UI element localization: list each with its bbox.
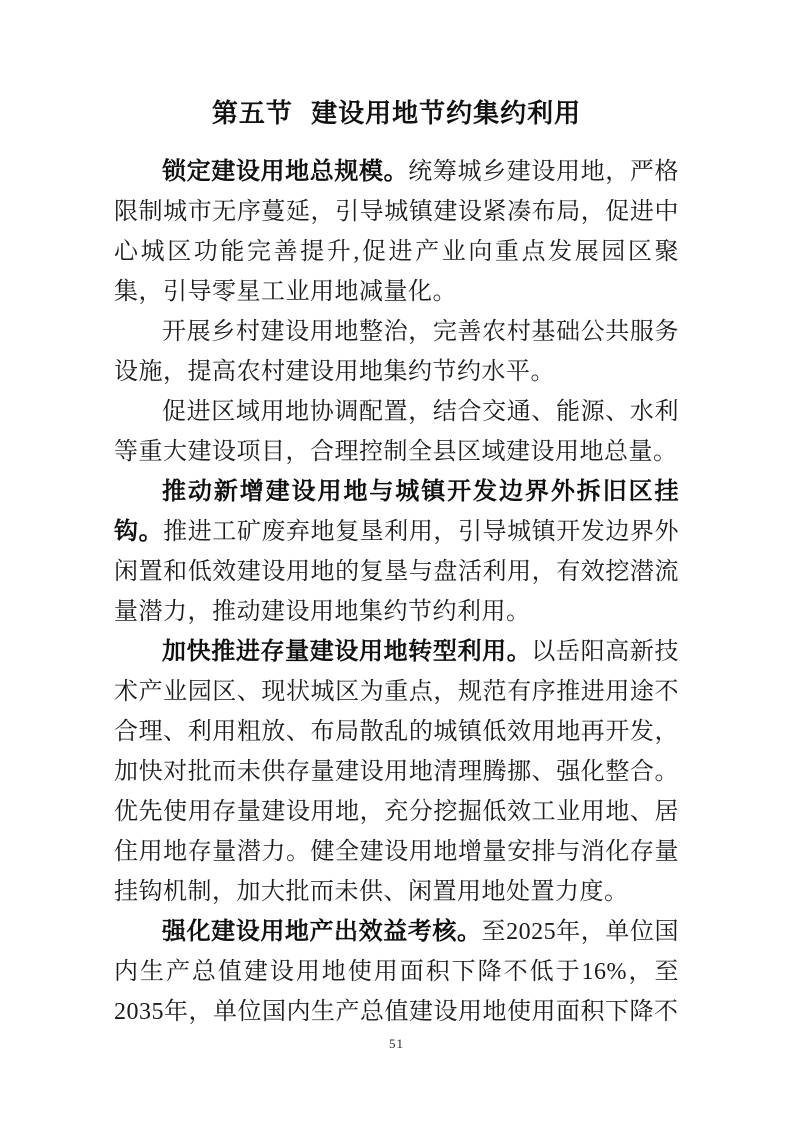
- page-content: 第五节 建设用地节约集约利用 锁定建设用地总规模。统筹城乡建设用地，严格限制城市…: [114, 95, 679, 1032]
- paragraph: 加快推进存量建设用地转型利用。以岳阳高新技术产业园区、现状城区为重点，规范有序推…: [114, 632, 679, 912]
- paragraph: 锁定建设用地总规模。统筹城乡建设用地，严格限制城市无序蔓延，引导城镇建设紧凑布局…: [114, 152, 679, 312]
- paragraph-lead: 加快推进存量建设用地转型利用。: [162, 639, 531, 665]
- paragraph-body: 以岳阳高新技术产业园区、现状城区为重点，规范有序推进用途不合理、利用粗放、布局散…: [114, 639, 679, 905]
- paragraph-body: 促进区域用地协调配置，结合交通、能源、水利等重大建设项目，合理控制全县区域建设用…: [114, 399, 679, 465]
- paragraph: 推动新增建设用地与城镇开发边界外拆旧区挂钩。推进工矿废弃地复垦利用，引导城镇开发…: [114, 472, 679, 632]
- paragraph: 促进区域用地协调配置，结合交通、能源、水利等重大建设项目，合理控制全县区域建设用…: [114, 392, 679, 472]
- section-title: 第五节 建设用地节约集约利用: [114, 95, 679, 131]
- paragraph-body: 开展乡村建设用地整治，完善农村基础公共服务设施，提高农村建设用地集约节约水平。: [114, 319, 679, 385]
- paragraph-lead: 锁定建设用地总规模。: [162, 159, 408, 185]
- paragraph: 开展乡村建设用地整治，完善农村基础公共服务设施，提高农村建设用地集约节约水平。: [114, 312, 679, 392]
- paragraph-body: 推进工矿废弃地复垦利用，引导城镇开发边界外闲置和低效建设用地的复垦与盘活利用，有…: [114, 519, 679, 625]
- page-number: 51: [0, 1036, 793, 1052]
- document-page: 第五节 建设用地节约集约利用 锁定建设用地总规模。统筹城乡建设用地，严格限制城市…: [0, 0, 793, 1122]
- paragraph: 强化建设用地产出效益考核。至2025年，单位国内生产总值建设用地使用面积下降不低…: [114, 912, 679, 1032]
- paragraph-lead: 强化建设用地产出效益考核。: [162, 919, 482, 945]
